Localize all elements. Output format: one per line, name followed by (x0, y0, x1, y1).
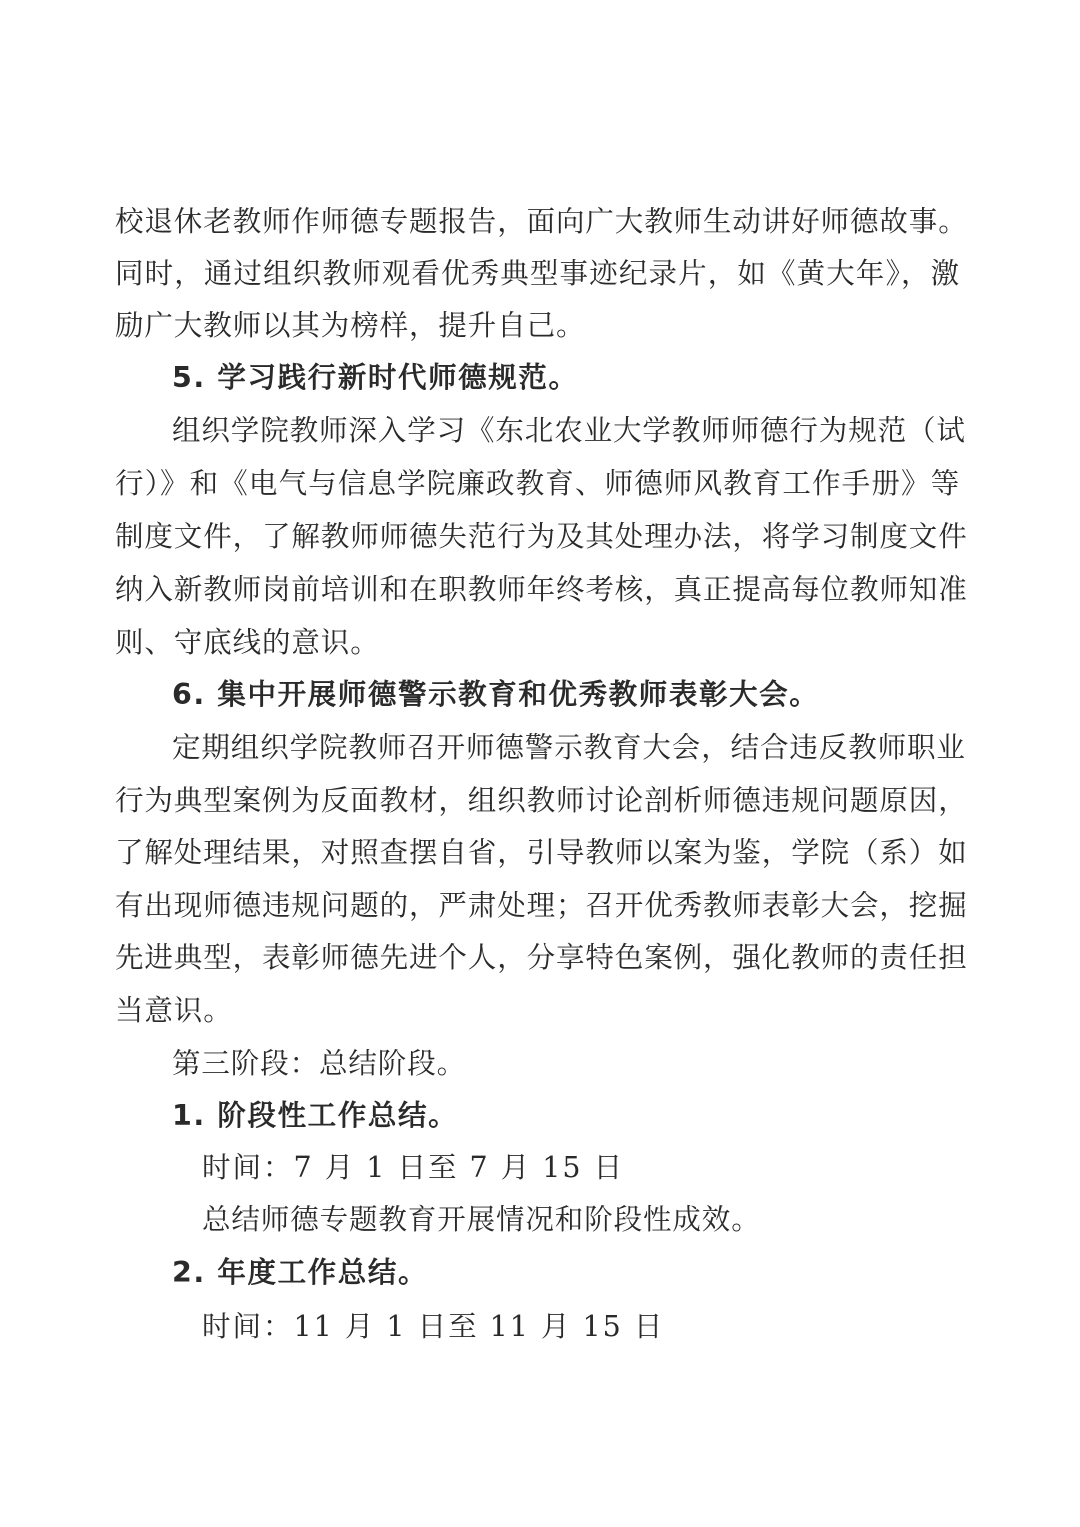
paragraph-line: 制度文件，了解教师师德失范行为及其处理办法，将学习制度文件 (115, 511, 960, 563)
paragraph-line: 同时，通过组织教师观看优秀典型事迹纪录片，如《黄大年》，激 (115, 248, 960, 300)
paragraph-line: 组织学院教师深入学习《东北农业大学教师师德行为规范（试 (172, 405, 960, 457)
subsection-heading-2: 2. 年度工作总结。 (172, 1247, 960, 1299)
paragraph-line: 校退休老教师作师德专题报告，面向广大教师生动讲好师德故事。 (115, 196, 960, 248)
section-heading-6: 6. 集中开展师德警示教育和优秀教师表彰大会。 (172, 669, 960, 721)
paragraph-line: 行）》和《电气与信息学院廉政教育、师德师风教育工作手册》等 (115, 458, 960, 510)
paragraph-line: 励广大教师以其为榜样，提升自己。 (115, 300, 960, 352)
paragraph-line: 则、守底线的意识。 (115, 617, 960, 669)
section-heading-5: 5. 学习践行新时代师德规范。 (172, 352, 960, 404)
document-page: 校退休老教师作师德专题报告，面向广大教师生动讲好师德故事。 同时，通过组织教师观… (0, 0, 1080, 1527)
stage-heading: 第三阶段：总结阶段。 (172, 1038, 960, 1090)
paragraph-line: 纳入新教师岗前培训和在职教师年终考核，真正提高每位教师知准 (115, 564, 960, 616)
paragraph-line: 有出现师德违规问题的，严肃处理；召开优秀教师表彰大会，挖掘 (115, 880, 960, 932)
time-range: 时间：7 月 1 日至 7 月 15 日 (202, 1142, 1047, 1194)
paragraph-line: 定期组织学院教师召开师德警示教育大会，结合违反教师职业 (172, 722, 960, 774)
time-range: 时间：11 月 1 日至 11 月 15 日 (202, 1301, 1047, 1353)
paragraph-line: 了解处理结果，对照查摆自省，引导教师以案为鉴，学院（系）如 (115, 827, 960, 879)
paragraph-line: 先进典型，表彰师德先进个人，分享特色案例，强化教师的责任担 (115, 932, 960, 984)
subsection-heading-1: 1. 阶段性工作总结。 (172, 1090, 960, 1142)
paragraph-line: 当意识。 (115, 985, 960, 1037)
paragraph-line: 总结师德专题教育开展情况和阶段性成效。 (202, 1194, 1047, 1246)
paragraph-line: 行为典型案例为反面教材，组织教师讨论剖析师德违规问题原因， (115, 775, 960, 827)
